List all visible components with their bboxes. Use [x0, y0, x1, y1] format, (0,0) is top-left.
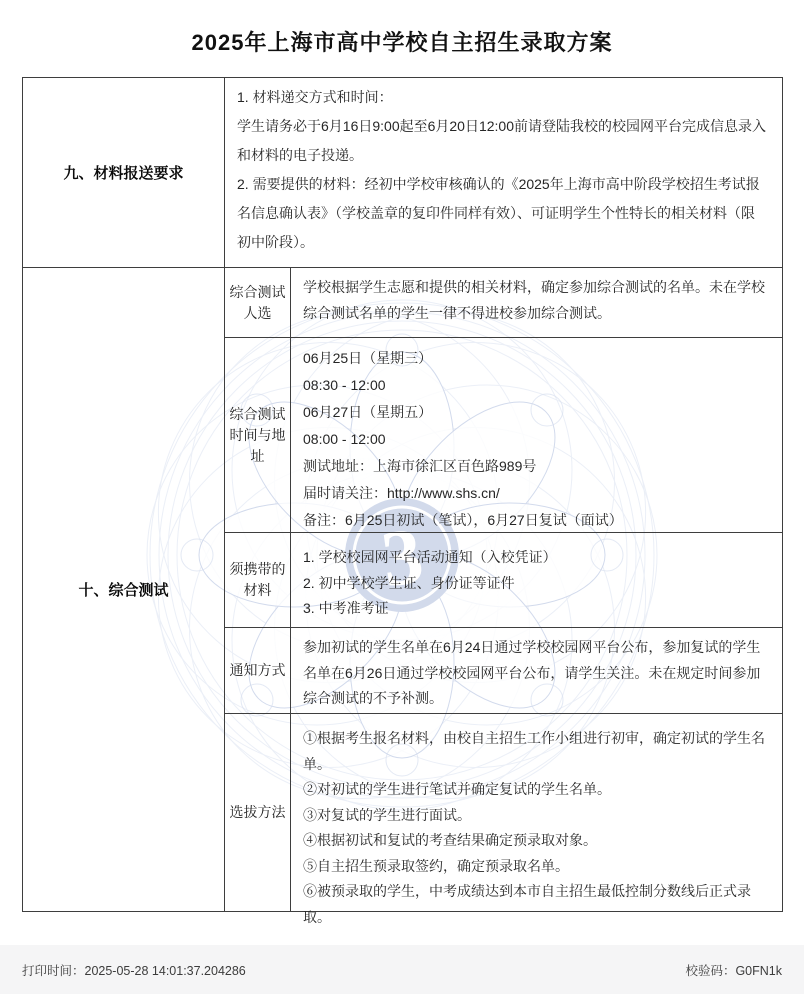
subrow-content: ①根据考生报名材料，由校自主招生工作小组进行初审，确定初试的学生名单。 ②对初试…: [291, 714, 782, 911]
content-line: ①根据考生报名材料，由校自主招生工作小组进行初审，确定初试的学生名单。: [303, 726, 766, 777]
section-row-test: 十、综合测试 综合测试人选 学校根据学生志愿和提供的相关材料，确定参加综合测试的…: [23, 268, 782, 911]
section-row-materials: 九、材料报送要求 1. 材料递交方式和时间： 学生请务必于6月16日9:00起至…: [23, 78, 782, 268]
print-footer: 打印时间：2025-05-28 14:01:37.204286 校验码：G0FN…: [0, 945, 804, 994]
subrow-label: 须携带的材料: [225, 533, 291, 627]
subrow-notification: 通知方式 参加初试的学生名单在6月24日通过学校校园网平台公布，参加复试的学生名…: [225, 628, 782, 714]
checksum-text: 校验码：G0FN1k: [685, 961, 782, 979]
content-line: 08:00 - 12:00: [303, 426, 766, 453]
subrow-content: 06月25日（星期三） 08:30 - 12:00 06月27日（星期五） 08…: [291, 338, 782, 532]
content-line: ⑤自主招生预录取签约，确定预录取名单。: [303, 854, 766, 880]
content-line: ⑥被预录取的学生，中考成绩达到本市自主招生最低控制分数线后正式录取。: [303, 879, 766, 930]
page-title: 2025年上海市高中学校自主招生录取方案: [0, 26, 804, 57]
content-line: ③对复试的学生进行面试。: [303, 803, 766, 829]
content-line: 1. 学校校园网平台活动通知（入校凭证）: [303, 545, 766, 571]
subrow-materials-to-bring: 须携带的材料 1. 学校校园网平台活动通知（入校凭证） 2. 初中学校学生证、身…: [225, 533, 782, 628]
section-header-test: 十、综合测试: [23, 268, 225, 911]
content-line: 2. 初中学校学生证、身份证等证件: [303, 571, 766, 597]
subrow-content: 参加初试的学生名单在6月24日通过学校校园网平台公布，参加复试的学生名单在6月2…: [291, 628, 782, 713]
subrow-label: 综合测试人选: [225, 268, 291, 337]
content-line: 测试地址：上海市徐汇区百色路989号: [303, 453, 766, 480]
test-subrows: 综合测试人选 学校根据学生志愿和提供的相关材料，确定参加综合测试的名单。未在学校…: [225, 268, 782, 911]
content-line: 08:30 - 12:00: [303, 372, 766, 399]
subrow-content: 学校根据学生志愿和提供的相关材料，确定参加综合测试的名单。未在学校综合测试名单的…: [291, 268, 782, 337]
content-line: 06月25日（星期三）: [303, 345, 766, 372]
subrow-candidates: 综合测试人选 学校根据学生志愿和提供的相关材料，确定参加综合测试的名单。未在学校…: [225, 268, 782, 338]
content-line: 3. 中考准考证: [303, 596, 766, 622]
print-time-text: 打印时间：2025-05-28 14:01:37.204286: [22, 961, 246, 979]
content-line: ④根据初试和复试的考查结果确定预录取对象。: [303, 828, 766, 854]
subrow-content: 1. 学校校园网平台活动通知（入校凭证） 2. 初中学校学生证、身份证等证件 3…: [291, 533, 782, 627]
subrow-selection-method: 选拔方法 ①根据考生报名材料，由校自主招生工作小组进行初审，确定初试的学生名单。…: [225, 714, 782, 911]
subrow-label: 综合测试时间与地址: [225, 338, 291, 532]
materials-content: 1. 材料递交方式和时间： 学生请务必于6月16日9:00起至6月20日12:0…: [225, 78, 782, 267]
subrow-time-address: 综合测试时间与地址 06月25日（星期三） 08:30 - 12:00 06月2…: [225, 338, 782, 533]
subrow-label: 通知方式: [225, 628, 291, 713]
content-line: 06月27日（星期五）: [303, 399, 766, 426]
subrow-label: 选拔方法: [225, 714, 291, 911]
section-header-materials: 九、材料报送要求: [23, 78, 225, 267]
content-line: 1. 材料递交方式和时间：: [237, 83, 766, 112]
document-page: 3 2025年上海市高中学校自主招生录取方案 九、材料报送要求 1. 材料递交方…: [0, 0, 804, 994]
content-line: ②对初试的学生进行笔试并确定复试的学生名单。: [303, 777, 766, 803]
admission-plan-table: 九、材料报送要求 1. 材料递交方式和时间： 学生请务必于6月16日9:00起至…: [22, 77, 783, 912]
content-line: 学校根据学生志愿和提供的相关材料，确定参加综合测试的名单。未在学校综合测试名单的…: [303, 275, 766, 326]
content-line: 参加初试的学生名单在6月24日通过学校校园网平台公布，参加复试的学生名单在6月2…: [303, 635, 766, 712]
content-line: 学生请务必于6月16日9:00起至6月20日12:00前请登陆我校的校园网平台完…: [237, 112, 766, 170]
content-line: 2. 需要提供的材料：经初中学校审核确认的《2025年上海市高中阶段学校招生考试…: [237, 170, 766, 257]
content-line: 届时请关注：http://www.shs.cn/: [303, 480, 766, 507]
content-line: 备注：6月25日初试（笔试），6月27日复试（面试）: [303, 507, 766, 534]
